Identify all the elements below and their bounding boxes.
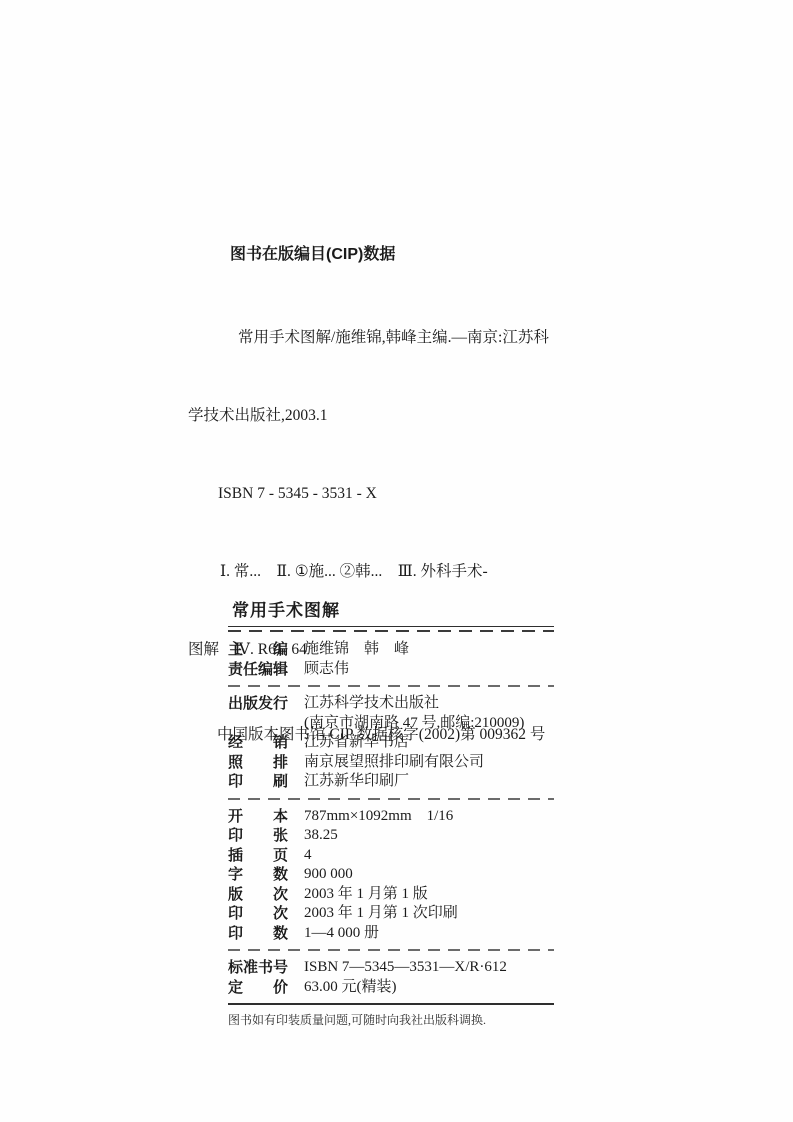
row-value: 787mm×1092mm 1/16: [304, 807, 453, 827]
colophon-row-typesetting: 照 排 南京展望照排印刷有限公司: [228, 753, 554, 773]
row-value: 2003 年 1 月第 1 次印刷: [304, 904, 458, 924]
colophon-row-sheets: 印 张 38.25: [228, 826, 554, 846]
title-rule-solid: [228, 626, 554, 627]
row-label: 版 次: [228, 885, 304, 905]
colophon-row-inserts: 插 页 4: [228, 846, 554, 866]
separator-rule: [228, 949, 554, 951]
bottom-rule: [228, 1003, 554, 1005]
row-label: 印 数: [228, 924, 304, 944]
row-label: 出版发行: [228, 694, 304, 714]
row-label: 标准书号: [228, 958, 304, 978]
row-label: 开 本: [228, 807, 304, 827]
row-value: ISBN 7—5345—3531—X/R·612: [304, 958, 507, 978]
colophon-row-print-run: 印 数 1—4 000 册: [228, 924, 554, 944]
copyright-page: 图书在版编目(CIP)数据 常用手术图解/施维锦,韩峰主编.—南京:江苏科 学技…: [0, 0, 793, 1122]
colophon-row-word-count: 字 数 900 000: [228, 865, 554, 885]
row-label: 插 页: [228, 846, 304, 866]
colophon-row-chief-editor: 主 编 施维锦 韩 峰: [228, 640, 554, 660]
row-value: 63.00 元(精装): [304, 978, 397, 998]
colophon-row-printing: 印 次 2003 年 1 月第 1 次印刷: [228, 904, 554, 924]
row-label: 印 刷: [228, 772, 304, 792]
row-label: 字 数: [228, 865, 304, 885]
row-value: 江苏科学技术出版社 (南京市湖南路 47 号,邮编:210009): [304, 694, 524, 733]
title-rule-dashed: [228, 630, 554, 632]
row-value: 4: [304, 846, 312, 866]
separator-rule: [228, 685, 554, 687]
book-title: 常用手术图解: [232, 600, 554, 622]
colophon-row-edition: 版 次 2003 年 1 月第 1 版: [228, 885, 554, 905]
colophon-row-standard-book-number: 标准书号 ISBN 7—5345—3531—X/R·612: [228, 958, 554, 978]
row-value: 施维锦 韩 峰: [304, 640, 409, 660]
colophon-row-publisher: 出版发行 江苏科学技术出版社 (南京市湖南路 47 号,邮编:210009): [228, 694, 554, 733]
row-label: 责任编辑: [228, 660, 304, 680]
cip-description-line-2: 学技术出版社,2003.1: [188, 403, 588, 429]
cip-isbn: ISBN 7 - 5345 - 3531 - X: [218, 481, 588, 507]
cip-classification-line-1: Ⅰ. 常... Ⅱ. ①施... ②韩... Ⅲ. 外科手术-: [220, 559, 588, 585]
quality-footnote: 图书如有印装质量问题,可随时向我社出版科调换.: [228, 1012, 554, 1028]
row-label: 经 销: [228, 733, 304, 753]
row-value: 南京展望照排印刷有限公司: [304, 753, 484, 773]
row-label: 照 排: [228, 753, 304, 773]
row-value: 江苏新华印刷厂: [304, 772, 409, 792]
colophon-row-managing-editor: 责任编辑 顾志伟: [228, 660, 554, 680]
row-label: 主 编: [228, 640, 304, 660]
row-value: 900 000: [304, 865, 353, 885]
cip-heading: 图书在版编目(CIP)数据: [230, 242, 588, 268]
row-value: 江苏省新华书店: [304, 733, 409, 753]
row-label: 印 次: [228, 904, 304, 924]
colophon-row-printer: 印 刷 江苏新华印刷厂: [228, 772, 554, 792]
row-label: 定 价: [228, 978, 304, 998]
row-value: 顾志伟: [304, 660, 349, 680]
colophon-row-price: 定 价 63.00 元(精装): [228, 978, 554, 998]
row-value: 38.25: [304, 826, 338, 846]
separator-rule: [228, 798, 554, 800]
colophon-row-distributor: 经 销 江苏省新华书店: [228, 733, 554, 753]
colophon-section: 常用手术图解 主 编 施维锦 韩 峰 责任编辑 顾志伟 出版发行 江苏科学技术出…: [228, 600, 554, 1028]
colophon-row-format: 开 本 787mm×1092mm 1/16: [228, 807, 554, 827]
cip-description-line-1: 常用手术图解/施维锦,韩峰主编.—南京:江苏科: [238, 325, 588, 351]
row-value: 2003 年 1 月第 1 版: [304, 885, 428, 905]
row-value: 1—4 000 册: [304, 924, 379, 944]
row-label: 印 张: [228, 826, 304, 846]
